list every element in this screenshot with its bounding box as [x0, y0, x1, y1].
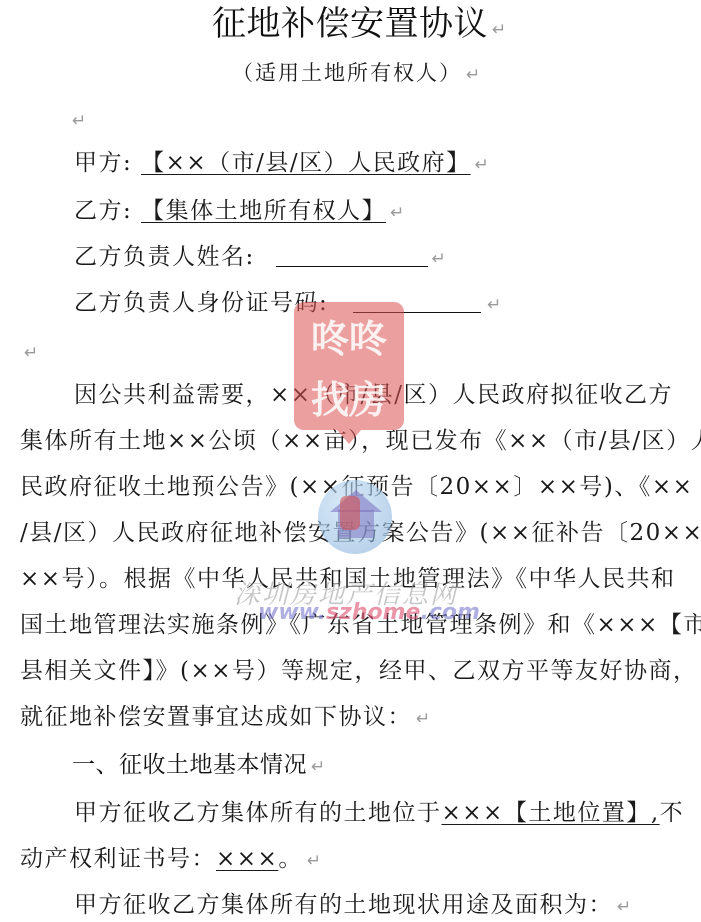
- cert-number-field[interactable]: ×××: [216, 846, 278, 872]
- document-title: 征地补偿安置协议↵: [212, 2, 506, 52]
- document-subtitle: （适用土地所有权人）↵: [232, 58, 480, 90]
- party-b-rep-name-label: 乙方负责人姓名:: [74, 244, 255, 270]
- section-heading-text: 一、征收土地基本情况: [72, 752, 307, 778]
- paragraph-mark-icon: ↵: [487, 295, 501, 315]
- paragraph-mark-icon: ↵: [72, 111, 86, 131]
- paragraph-mark-icon: ↵: [617, 897, 631, 917]
- party-a-value[interactable]: 【××（市/县/区）人民政府】: [141, 150, 471, 176]
- land-location-field[interactable]: ×××【土地位置】,: [442, 800, 660, 826]
- paragraph-mark-icon: ↵: [24, 343, 38, 363]
- title-text: 征地补偿安置协议: [212, 4, 488, 44]
- paragraph-mark-icon: ↵: [390, 203, 404, 223]
- party-a-label: 甲方:: [74, 150, 132, 176]
- empty-paragraph: ↵: [68, 104, 86, 136]
- url-part: szhome: [326, 600, 421, 625]
- watermark-badge-line: 咚咚: [311, 317, 387, 361]
- party-b-rep-id-label: 乙方负责人身份证号码:: [74, 290, 328, 316]
- party-a-line: 甲方: 【××（市/县/区）人民政府】↵: [74, 148, 489, 180]
- party-b-rep-name-field[interactable]: [276, 244, 428, 267]
- paragraph-mark-icon: ↵: [416, 709, 430, 729]
- preamble-line: 县相关文件】》(××号）等规定，经甲、乙双方平等友好协商，: [20, 656, 698, 686]
- document-page: 征地补偿安置协议↵ （适用土地所有权人）↵ ↵ 甲方: 【××（市/县/区）人民…: [0, 0, 701, 922]
- para2-text: 甲方征收乙方集体所有的土地现状用途及面积为：: [74, 892, 613, 918]
- paragraph-mark-icon: ↵: [466, 65, 480, 85]
- empty-paragraph: ↵: [20, 336, 38, 368]
- section-1-heading: 一、征收土地基本情况↵: [72, 750, 325, 782]
- party-b-value[interactable]: 【集体土地所有权人】: [141, 198, 386, 224]
- preamble-text: 就征地补偿安置事宜达成如下协议：: [20, 704, 412, 730]
- cert-suffix: 。: [278, 846, 303, 872]
- party-b-rep-id-line: 乙方负责人身份证号码: ↵: [74, 288, 501, 320]
- paragraph-mark-icon: ↵: [492, 20, 506, 40]
- url-part: www.: [258, 600, 326, 625]
- party-b-line: 乙方: 【集体土地所有权人】↵: [74, 196, 404, 228]
- subtitle-text: （适用土地所有权人）: [232, 61, 462, 85]
- watermark-house-logo-icon: [318, 480, 392, 554]
- section-1-para-1: 甲方征收乙方集体所有的土地位于×××【土地位置】,不: [74, 798, 684, 828]
- location-prefix: 甲方征收乙方集体所有的土地位于: [74, 800, 442, 826]
- cert-label: 动产权利证书号：: [20, 846, 216, 872]
- section-1-para-1-cont: 动产权利证书号：×××。↵: [20, 844, 321, 876]
- watermark-badge: 咚咚 找房: [294, 302, 404, 430]
- paragraph-mark-icon: ↵: [432, 249, 446, 269]
- url-part: .com: [420, 600, 479, 625]
- location-suffix: 不: [660, 800, 685, 826]
- paragraph-mark-icon: ↵: [475, 155, 489, 175]
- paragraph-mark-icon: ↵: [307, 851, 321, 871]
- party-b-rep-name-line: 乙方负责人姓名: ↵: [74, 242, 446, 274]
- section-1-para-2: 甲方征收乙方集体所有的土地现状用途及面积为：↵: [74, 890, 631, 922]
- preamble-line-last: 就征地补偿安置事宜达成如下协议：↵: [20, 702, 430, 734]
- watermark-badge-line: 找房: [311, 378, 387, 422]
- watermark-site-url: www.szhome.com: [258, 600, 480, 625]
- paragraph-mark-icon: ↵: [311, 757, 325, 777]
- logo-s-icon: [340, 496, 360, 530]
- party-b-label: 乙方:: [74, 198, 132, 224]
